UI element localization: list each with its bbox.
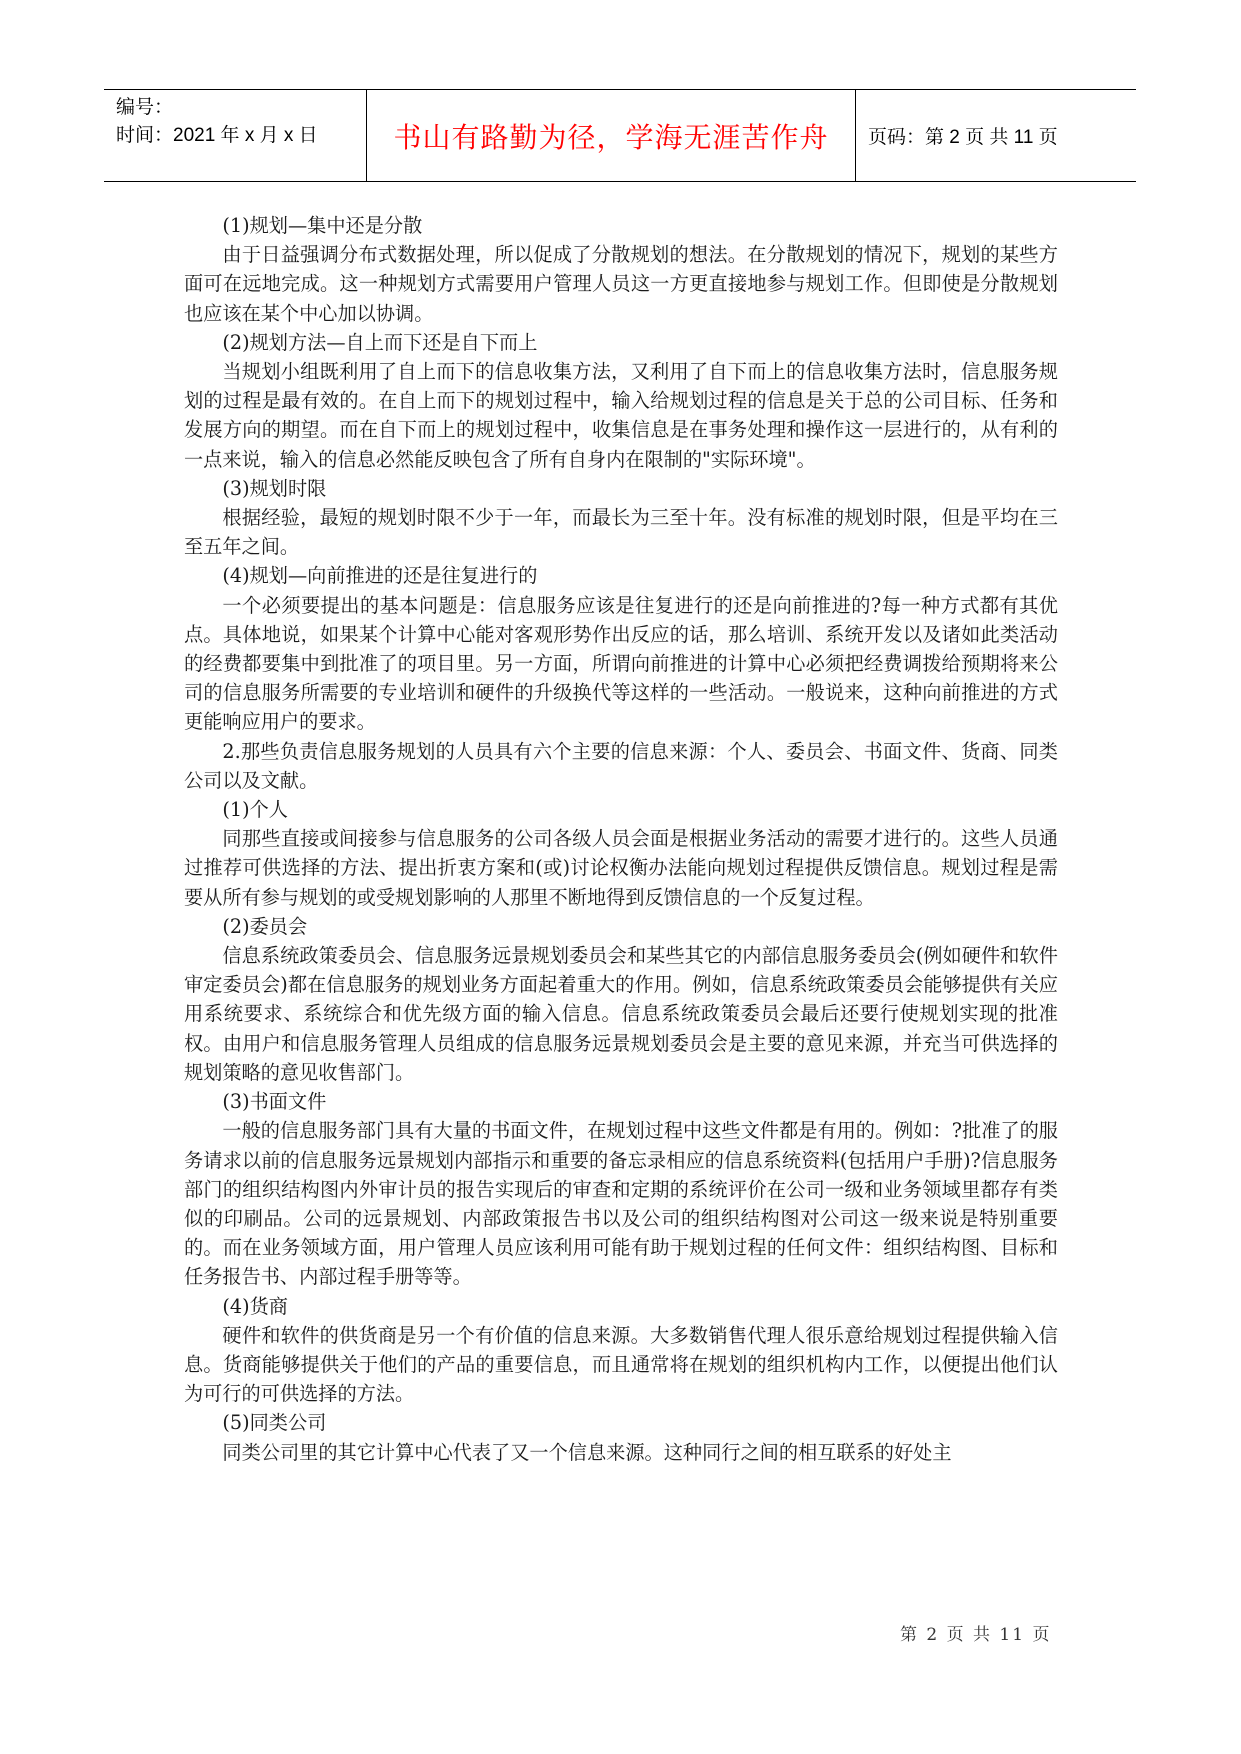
header-page-cell: 页码：第 2 页 共 11 页 [856, 90, 1136, 181]
document-page: 编号： 时间：2021 年 x 月 x 日 书山有路勤为径，学海无涯苦作舟 页码… [0, 0, 1241, 1754]
header-table: 编号： 时间：2021 年 x 月 x 日 书山有路勤为径，学海无涯苦作舟 页码… [104, 89, 1136, 182]
document-body: (1)规划—集中还是分散 由于日益强调分布式数据处理，所以促成了分散规划的想法。… [184, 211, 1058, 1467]
paragraph: 当规划小组既利用了自上而下的信息收集方法，又利用了自下而上的信息收集方法时，信息… [184, 357, 1058, 474]
header-motto-cell: 书山有路勤为径，学海无涯苦作舟 [367, 90, 856, 181]
section-heading: (1)规划—集中还是分散 [184, 211, 1058, 240]
paragraph: 同类公司里的其它计算中心代表了又一个信息来源。这种同行之间的相互联系的好处主 [184, 1438, 1058, 1467]
header-motto: 书山有路勤为径，学海无涯苦作舟 [393, 116, 828, 156]
paragraph: 根据经验，最短的规划时限不少于一年，而最长为三至十年。没有标准的规划时限，但是平… [184, 503, 1058, 561]
document-number-label: 编号： [116, 94, 366, 122]
section-heading: (2)规划方法—自上而下还是自下而上 [184, 328, 1058, 357]
paragraph: 一个必须要提出的基本问题是：信息服务应该是往复进行的还是向前推进的?每一种方式都… [184, 591, 1058, 737]
document-time-label: 时间：2021 年 x 月 x 日 [116, 122, 366, 150]
paragraph: 同那些直接或间接参与信息服务的公司各级人员会面是根据业务活动的需要才进行的。这些… [184, 824, 1058, 912]
section-heading: (4)规划—向前推进的还是往复进行的 [184, 561, 1058, 590]
page-footer: 第 2 页 共 11 页 [900, 1620, 1070, 1645]
paragraph: 2.那些负责信息服务规划的人员具有六个主要的信息来源：个人、委员会、书面文件、货… [184, 737, 1058, 795]
section-heading: (3)书面文件 [184, 1087, 1058, 1116]
paragraph: 由于日益强调分布式数据处理，所以促成了分散规划的想法。在分散规划的情况下，规划的… [184, 240, 1058, 328]
paragraph: 硬件和软件的供货商是另一个有价值的信息来源。大多数销售代理人很乐意给规划过程提供… [184, 1321, 1058, 1409]
section-heading: (5)同类公司 [184, 1408, 1058, 1437]
paragraph: 一般的信息服务部门具有大量的书面文件，在规划过程中这些文件都是有用的。例如：?批… [184, 1116, 1058, 1291]
header-page-info: 页码：第 2 页 共 11 页 [868, 122, 1058, 149]
paragraph: 信息系统政策委员会、信息服务远景规划委员会和某些其它的内部信息服务委员会(例如硬… [184, 941, 1058, 1087]
section-heading: (4)货商 [184, 1292, 1058, 1321]
section-heading: (2)委员会 [184, 912, 1058, 941]
section-heading: (3)规划时限 [184, 474, 1058, 503]
section-heading: (1)个人 [184, 795, 1058, 824]
header-meta-cell: 编号： 时间：2021 年 x 月 x 日 [104, 90, 367, 181]
